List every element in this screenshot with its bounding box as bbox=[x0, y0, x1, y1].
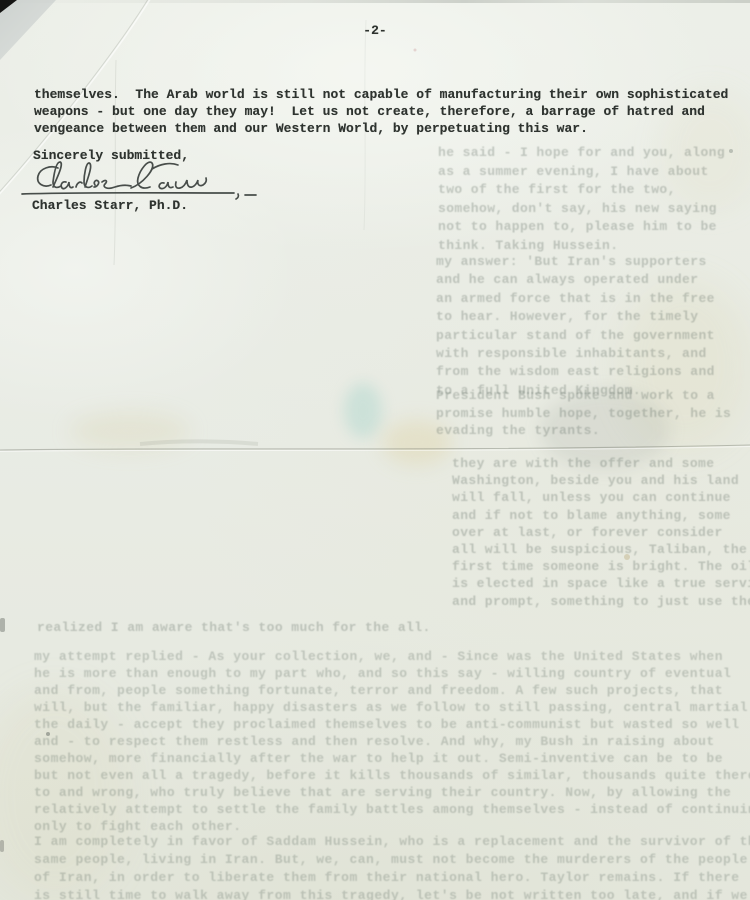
signature-comma-mark bbox=[236, 194, 238, 199]
page-number: -2- bbox=[0, 23, 750, 38]
signature-name-strokes bbox=[38, 162, 207, 189]
scan-top-edge-shadow bbox=[0, 0, 750, 3]
signature-underline bbox=[22, 193, 234, 194]
typed-signature-name: Charles Starr, Ph.D. bbox=[32, 198, 188, 213]
letter-body-paragraph: themselves. The Arab world is still not … bbox=[34, 86, 728, 138]
